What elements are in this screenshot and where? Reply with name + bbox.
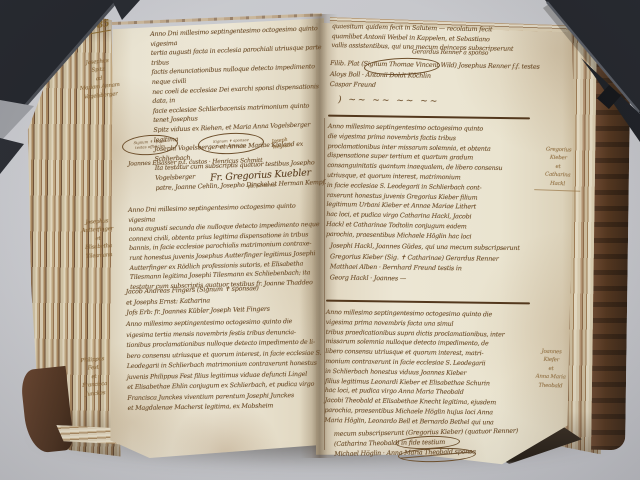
marriage-entry-kieber-hackl: Anno millesimo septingentesimo octogesim… <box>326 122 542 243</box>
clamp-lower-jaw <box>0 138 24 174</box>
mount-clamp-top-left <box>0 0 150 180</box>
signature-cluster-kieber-hackl: Josephi Hackl, Joannes Güdes, qui una me… <box>330 240 557 285</box>
clamp-light-facet <box>0 100 34 142</box>
signature-cluster-top: Filib. Plat (Signum Thomae Vincent Wild)… <box>330 58 555 93</box>
margin-note-autterfinger-tilesmann: Josephus Autterfinger et Elisabetha Tile… <box>65 216 132 262</box>
margin-note-fest-junckes: Philippus Fest et Francisca Junckes <box>62 353 125 400</box>
renner-signature: Gerardus Renner a sponso <box>412 48 488 56</box>
marriage-entry-kieber-theobald: Anno millesimo septingentesimo octogesim… <box>324 308 544 429</box>
clamp-second-prong <box>112 0 140 20</box>
signature-cluster-entry-2: Jacob Andreas Fingers (Signum ✝ sponsae)… <box>126 281 323 318</box>
marriage-entry-2: Anno Dni millesimo septingentesimo octog… <box>128 201 322 292</box>
marriage-entry-3: Anno millesimo septingentesimo octogesim… <box>126 317 324 415</box>
mount-clamp-top-right <box>535 0 640 160</box>
flourish-line: ) ~~ ~~ ~~ ~~ <box>338 95 439 107</box>
margin-note-kieber-theobald: Joannes Kiefer et Anna Maria Theobald <box>517 347 584 391</box>
photo-scene: 1785 Josephus Spitz ad Mariam Annam Voge… <box>0 0 640 480</box>
